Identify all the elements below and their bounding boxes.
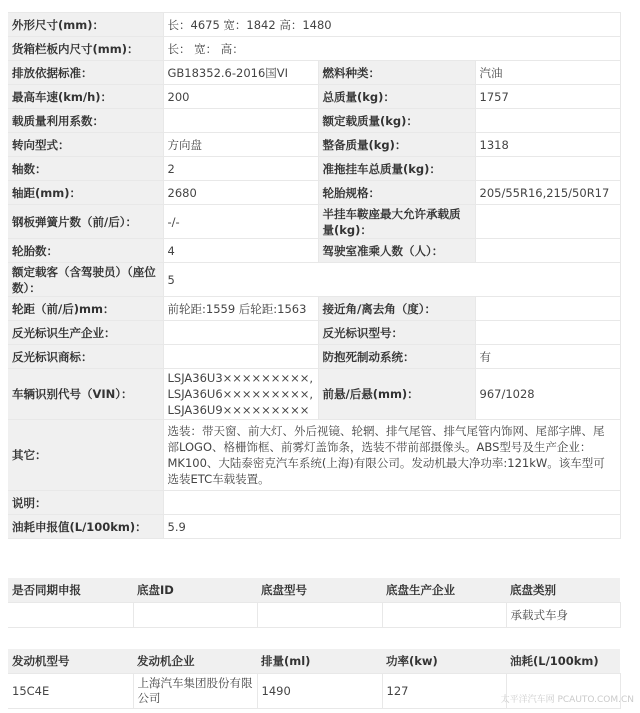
- value-dimensions: 长：4675 宽：1842 高：1480: [163, 13, 620, 37]
- cell-displacement: 1490: [257, 674, 382, 709]
- row-wheelbase-tires: 轴距(mm)： 2680 轮胎规格： 205/55R16,215/50R17: [8, 181, 620, 205]
- value-approach-departure: [475, 297, 620, 321]
- row-reflector-brand-abs: 反光标识商标： 防抱死制动系统： 有: [8, 345, 620, 369]
- header-chassis-id: 底盘ID: [133, 578, 257, 603]
- label-dimensions: 外形尺寸(mm)：: [8, 13, 163, 37]
- value-tire-spec: 205/55R16,215/50R17: [475, 181, 620, 205]
- row-cargo-dimensions: 货箱栏板内尺寸(mm)： 长： 宽： 高：: [8, 37, 620, 61]
- label-max-speed: 最高车速(km/h)：: [8, 85, 163, 109]
- label-cargo-dimensions: 货箱栏板内尺寸(mm)：: [8, 37, 163, 61]
- label-track-width: 轮距（前/后)mm：: [8, 297, 163, 321]
- value-load-factor: [163, 109, 318, 133]
- label-other: 其它：: [8, 420, 163, 491]
- value-leaf-springs: -/-: [163, 205, 318, 239]
- label-notes: 说明：: [8, 491, 163, 515]
- row-seats: 额定载客（含驾驶员）（座位数）： 5: [8, 263, 620, 297]
- row-notes: 说明：: [8, 491, 620, 515]
- label-reflector-model: 反光标识型号：: [318, 321, 475, 345]
- chassis-table: 是否同期申报 底盘ID 底盘型号 底盘生产企业 底盘类别 承载式车身: [8, 578, 621, 628]
- value-seat-count: 5: [163, 263, 620, 297]
- header-power: 功率(kw): [382, 649, 506, 674]
- watermark: 太平洋汽车网 PCAUTO.COM.CN: [501, 695, 634, 705]
- label-axle-count: 轴数：: [8, 157, 163, 181]
- cell-engine-model: 15C4E: [8, 674, 133, 709]
- label-reflector-brand: 反光标识商标：: [8, 345, 163, 369]
- value-notes: [163, 491, 620, 515]
- value-axle-count: 2: [163, 157, 318, 181]
- chassis-header-row: 是否同期申报 底盘ID 底盘型号 底盘生产企业 底盘类别: [8, 578, 620, 603]
- cell-chassis-maker: [382, 603, 506, 628]
- label-saddle-load: 半挂车鞍座最大允许承载质量(kg)：: [318, 205, 475, 239]
- header-engine-maker: 发动机企业: [133, 649, 257, 674]
- label-fuel-type: 燃料种类：: [318, 61, 475, 85]
- value-other: 选装：带天窗、前大灯、外后视镜、轮辋、排气尾管、排气尾管内饰网、尾部字牌、尾部L…: [163, 420, 620, 491]
- value-trailer-mass: [475, 157, 620, 181]
- value-emission-standard: GB18352.6-2016国VI: [163, 61, 318, 85]
- label-tire-count: 轮胎数：: [8, 239, 163, 263]
- cell-power: 127: [382, 674, 506, 709]
- value-fuel-type: 汽油: [475, 61, 620, 85]
- label-leaf-springs: 钢板弹簧片数（前/后）：: [8, 205, 163, 239]
- cell-same-period: [8, 603, 133, 628]
- label-emission-standard: 排放依据标准：: [8, 61, 163, 85]
- header-engine-fuel-consumption: 油耗(L/100km): [506, 649, 620, 674]
- header-chassis-type: 底盘类别: [506, 578, 620, 603]
- label-curb-mass: 整备质量(kg)：: [318, 133, 475, 157]
- label-approach-departure: 接近角/离去角（度）：: [318, 297, 475, 321]
- row-tires-cab: 轮胎数： 4 驾驶室准乘人数（人）：: [8, 239, 620, 263]
- value-wheelbase: 2680: [163, 181, 318, 205]
- vehicle-spec-table: 外形尺寸(mm)： 长：4675 宽：1842 高：1480 货箱栏板内尺寸(m…: [8, 12, 621, 539]
- row-other: 其它： 选装：带天窗、前大灯、外后视镜、轮辋、排气尾管、排气尾管内饰网、尾部字牌…: [8, 420, 620, 491]
- chassis-data-row: 承载式车身: [8, 603, 620, 628]
- cell-engine-maker: 上海汽车集团股份有限公司: [133, 674, 257, 709]
- header-same-period: 是否同期申报: [8, 578, 133, 603]
- value-reflector-model: [475, 321, 620, 345]
- value-rated-load: [475, 109, 620, 133]
- row-fuel-consumption: 油耗申报值(L/100km)： 5.9: [8, 515, 620, 539]
- row-emission-fuel: 排放依据标准： GB18352.6-2016国VI 燃料种类： 汽油: [8, 61, 620, 85]
- engine-header-row: 发动机型号 发动机企业 排量(ml) 功率(kw) 油耗(L/100km): [8, 649, 620, 674]
- header-engine-model: 发动机型号: [8, 649, 133, 674]
- value-reflector-maker: [163, 321, 318, 345]
- row-dimensions: 外形尺寸(mm)： 长：4675 宽：1842 高：1480: [8, 13, 620, 37]
- value-saddle-load: [475, 205, 620, 239]
- value-max-speed: 200: [163, 85, 318, 109]
- label-abs: 防抱死制动系统：: [318, 345, 475, 369]
- label-cab-occupants: 驾驶室准乘人数（人）：: [318, 239, 475, 263]
- label-tire-spec: 轮胎规格：: [318, 181, 475, 205]
- label-vin: 车辆识别代号（VIN）：: [8, 369, 163, 420]
- value-overhang: 967/1028: [475, 369, 620, 420]
- value-cargo-dimensions: 长： 宽： 高：: [163, 37, 620, 61]
- label-trailer-mass: 准拖挂车总质量(kg)：: [318, 157, 475, 181]
- value-cab-occupants: [475, 239, 620, 263]
- value-abs: 有: [475, 345, 620, 369]
- cell-chassis-id: [133, 603, 257, 628]
- cell-chassis-type: 承载式车身: [506, 603, 620, 628]
- row-axles-trailer: 轴数： 2 准拖挂车总质量(kg)：: [8, 157, 620, 181]
- label-seat-count: 额定载客（含驾驶员）（座位数）：: [8, 263, 163, 297]
- label-fuel-consumption: 油耗申报值(L/100km)：: [8, 515, 163, 539]
- label-reflector-maker: 反光标识生产企业：: [8, 321, 163, 345]
- row-reflector-maker-model: 反光标识生产企业： 反光标识型号：: [8, 321, 620, 345]
- value-steering-type: 方向盘: [163, 133, 318, 157]
- header-chassis-maker: 底盘生产企业: [382, 578, 506, 603]
- value-curb-mass: 1318: [475, 133, 620, 157]
- value-total-mass: 1757: [475, 85, 620, 109]
- row-load-factor: 载质量利用系数： 额定载质量(kg)：: [8, 109, 620, 133]
- label-overhang: 前悬/后悬(mm)：: [318, 369, 475, 420]
- value-reflector-brand: [163, 345, 318, 369]
- cell-chassis-model: [257, 603, 382, 628]
- label-total-mass: 总质量(kg)：: [318, 85, 475, 109]
- row-vin-overhang: 车辆识别代号（VIN）： LSJA36U3×××××××××,LSJA36U6×…: [8, 369, 620, 420]
- header-chassis-model: 底盘型号: [257, 578, 382, 603]
- header-displacement: 排量(ml): [257, 649, 382, 674]
- label-steering-type: 转向型式：: [8, 133, 163, 157]
- label-load-factor: 载质量利用系数：: [8, 109, 163, 133]
- value-vin: LSJA36U3×××××××××,LSJA36U6×××××××××,LSJA…: [163, 369, 318, 420]
- row-springs-saddle: 钢板弹簧片数（前/后）： -/- 半挂车鞍座最大允许承载质量(kg)：: [8, 205, 620, 239]
- row-track-angles: 轮距（前/后)mm： 前轮距:1559 后轮距:1563 接近角/离去角（度）：: [8, 297, 620, 321]
- row-steering-curb: 转向型式： 方向盘 整备质量(kg)： 1318: [8, 133, 620, 157]
- value-tire-count: 4: [163, 239, 318, 263]
- label-rated-load: 额定载质量(kg)：: [318, 109, 475, 133]
- row-speed-mass: 最高车速(km/h)： 200 总质量(kg)： 1757: [8, 85, 620, 109]
- value-track-width: 前轮距:1559 后轮距:1563: [163, 297, 318, 321]
- value-fuel-consumption: 5.9: [163, 515, 620, 539]
- label-wheelbase: 轴距(mm)：: [8, 181, 163, 205]
